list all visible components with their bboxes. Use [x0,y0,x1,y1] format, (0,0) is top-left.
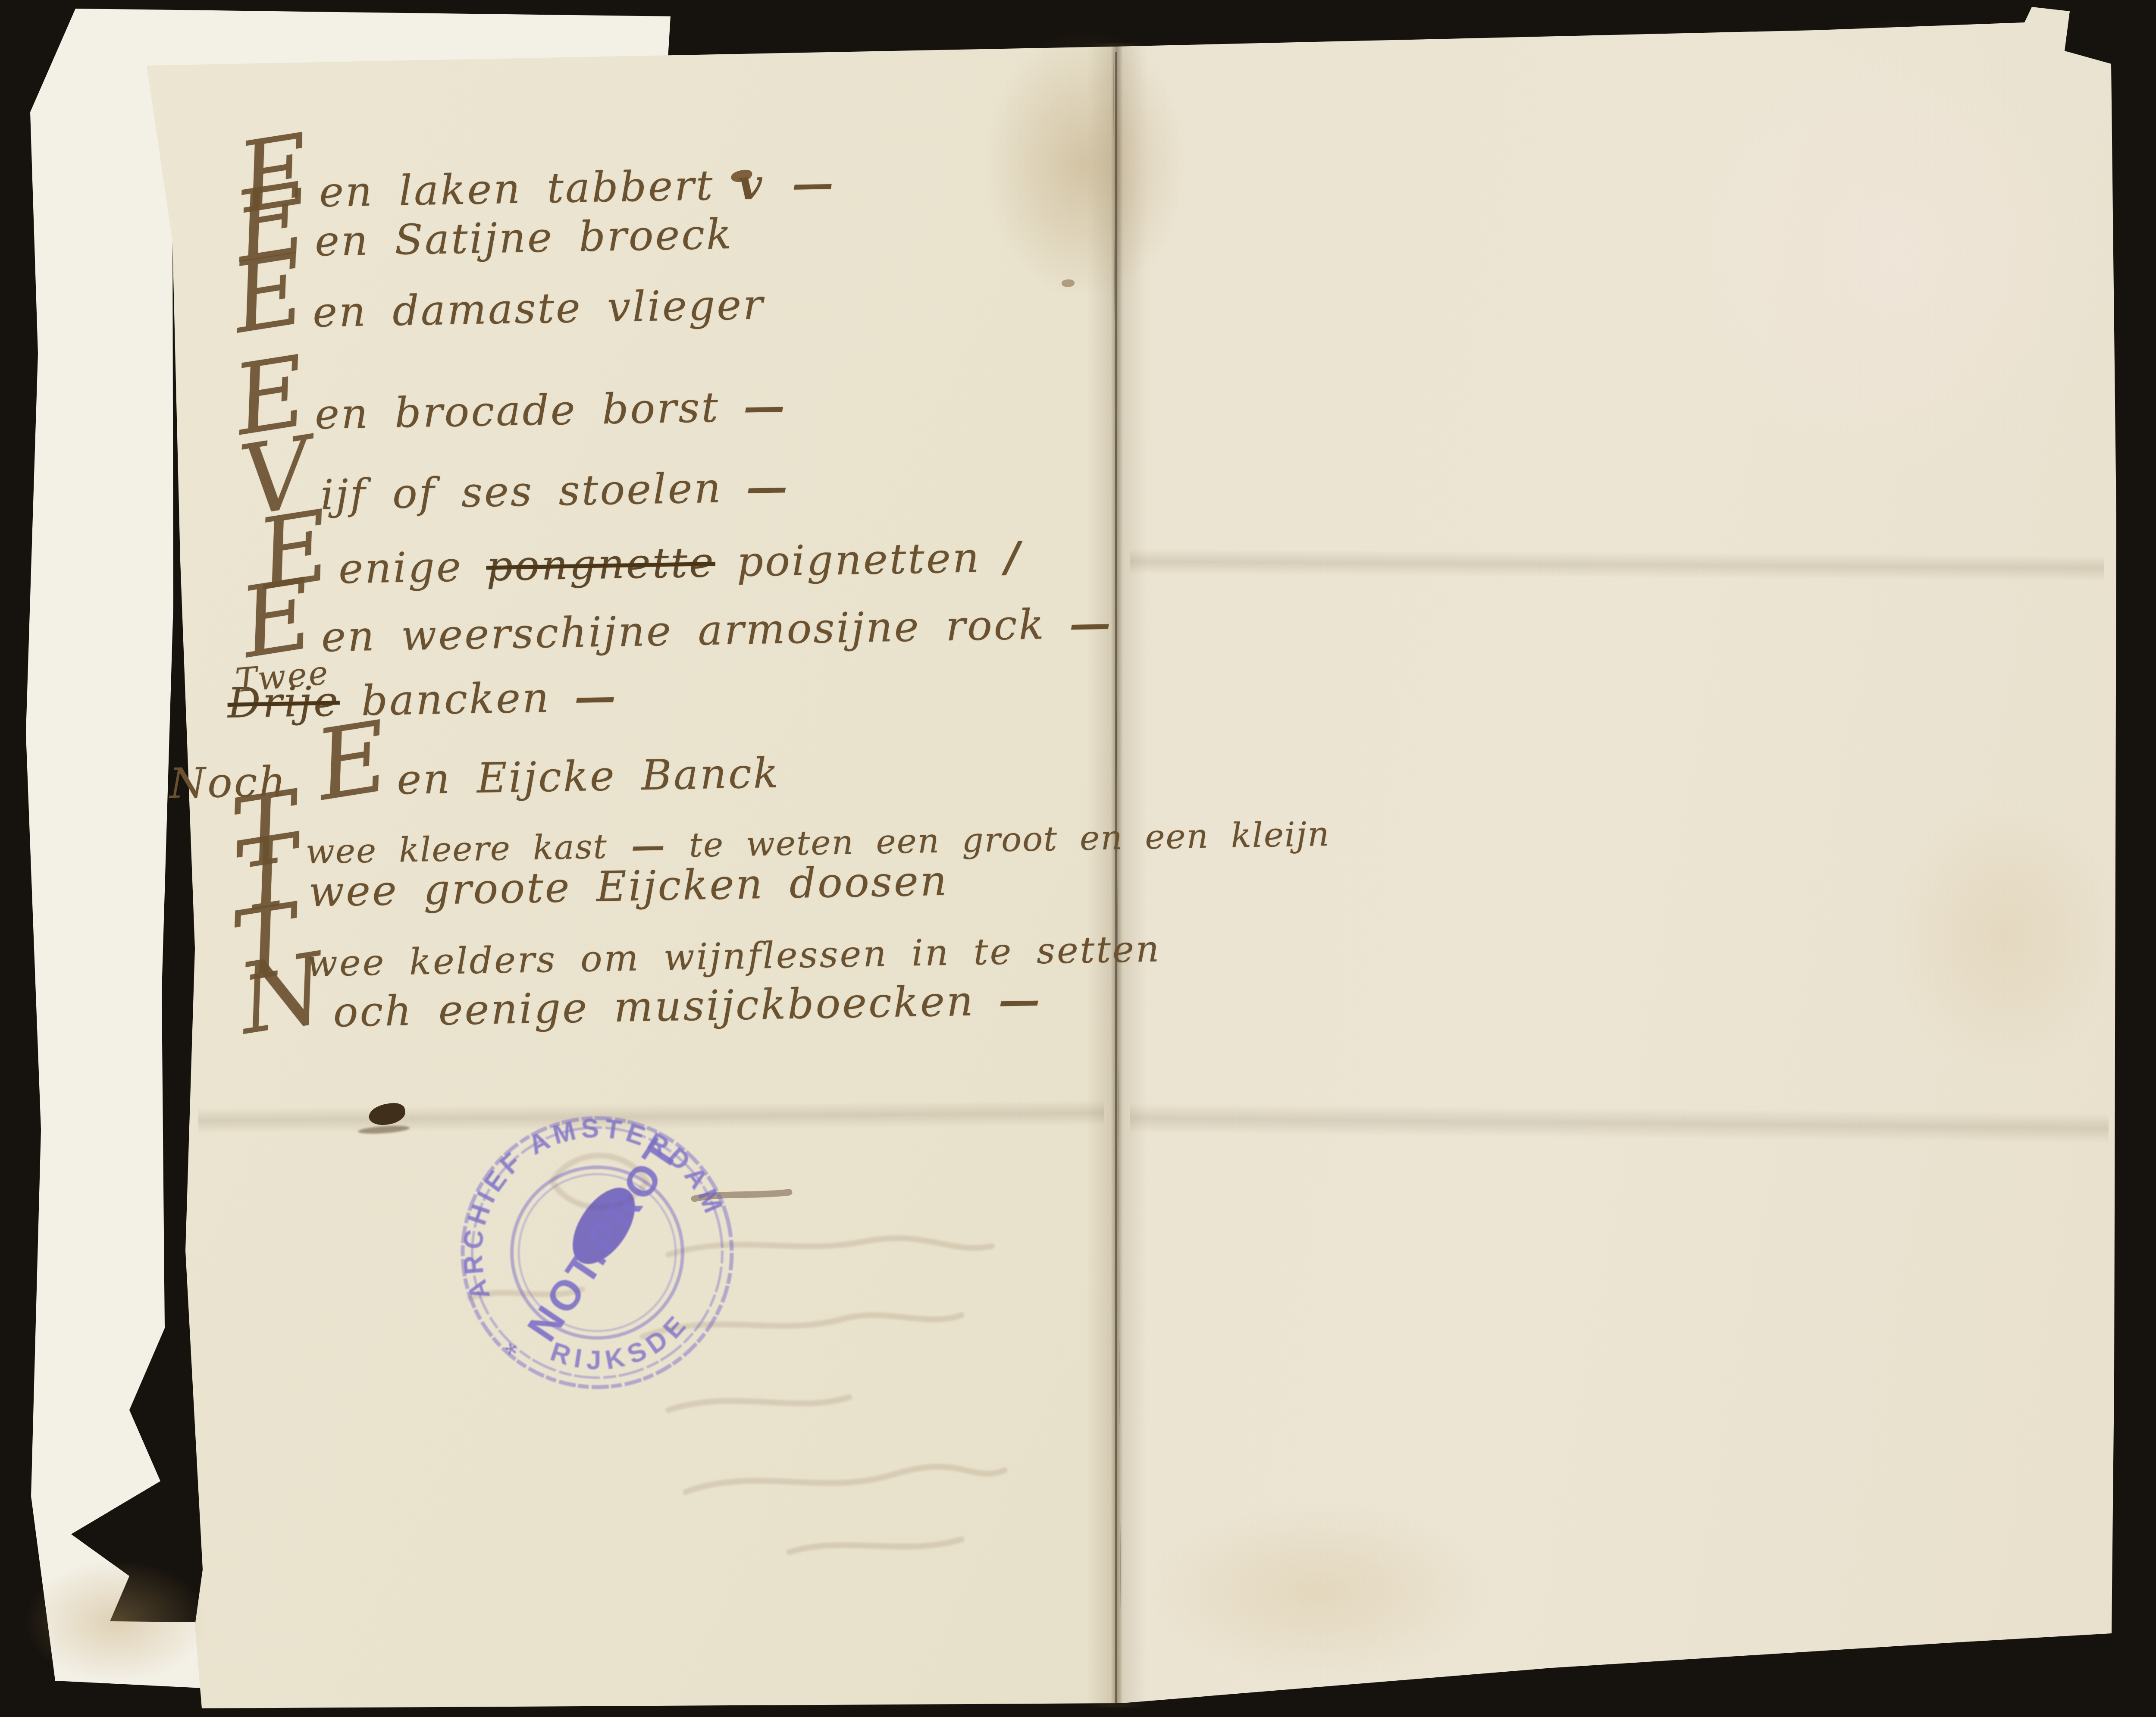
manuscript-scan: Een laken tabbertv — Een Satijne broeck … [0,0,2156,1717]
line-dash: — [998,975,1043,1025]
inventory-line-13: Noch eenige musijckboecken— [238,924,1043,1051]
stamp-star: * [502,1335,523,1373]
flourished-initial: E [225,233,314,356]
line-dash: — [1069,598,1114,648]
line-text: en damaste vlieger [312,280,765,336]
stain-fold-top [983,26,1186,302]
line-text: och eenige musijckboecken [333,977,975,1036]
stamp-center-text: NOT.PROT [518,1129,688,1350]
right-page-tint [1682,17,2113,492]
stain-bottom-left [26,1561,207,1682]
line-dash: v — [737,159,836,209]
stain-right-bottom [1143,1501,1496,1682]
flourished-initial: N [231,931,334,1056]
stain-right-middle [1889,798,2122,1074]
